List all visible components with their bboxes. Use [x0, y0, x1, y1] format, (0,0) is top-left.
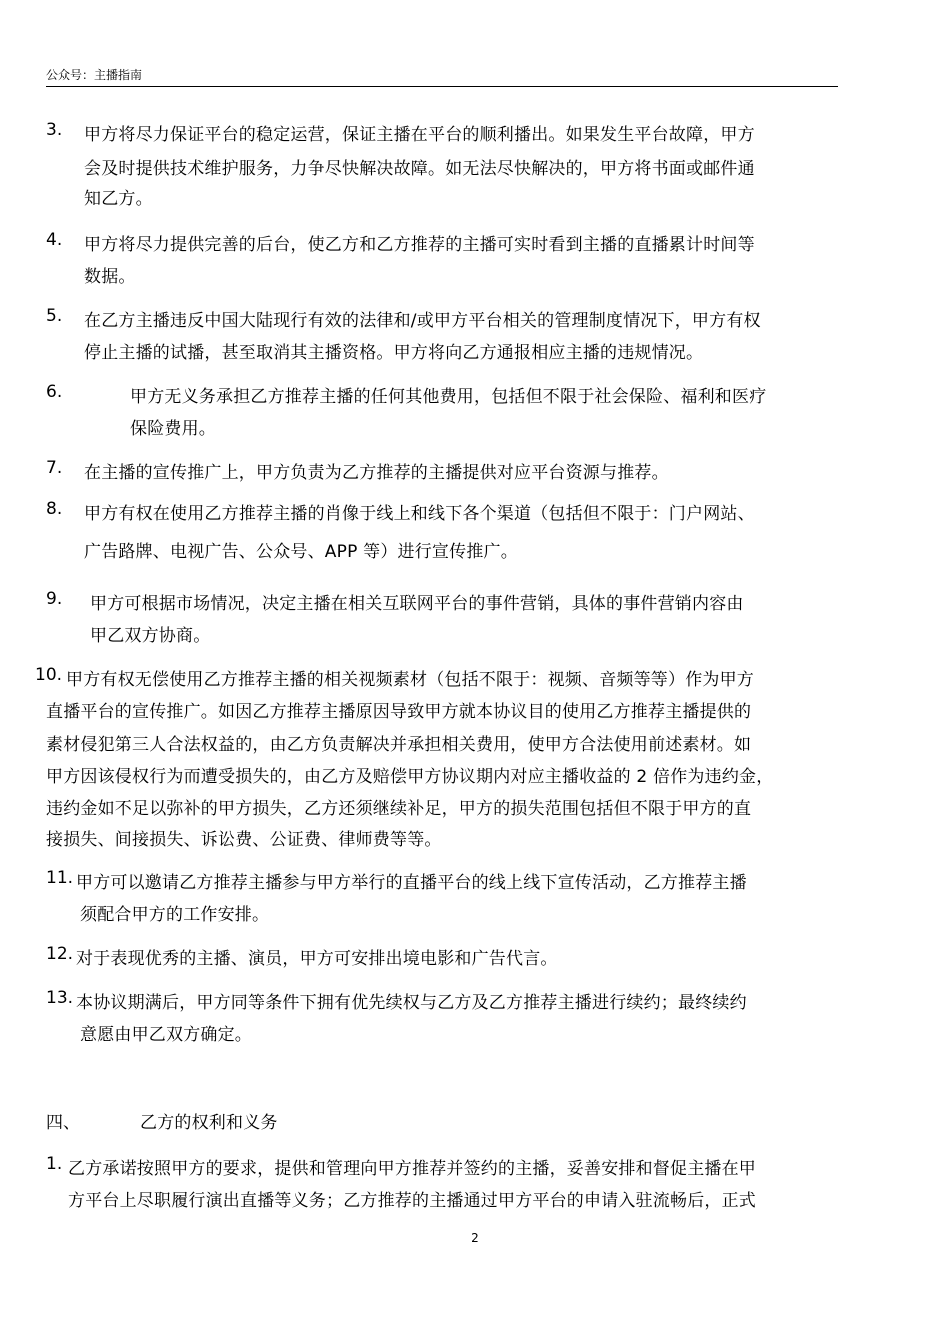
- item-text: 甲方因该侵权行为而遭受损失的，由乙方及赔偿甲方协议期内对应主播收益的 2 倍作为…: [46, 762, 773, 787]
- item-number: 4.: [46, 230, 62, 250]
- page-header: 公众号：主播指南: [46, 66, 838, 87]
- item-text: 甲方将尽力保证平台的稳定运营，保证主播在平台的顺利播出。如果发生平台故障，甲方: [84, 120, 755, 145]
- item-text: 甲方可以邀请乙方推荐主播参与甲方举行的直播平台的线上线下宣传活动，乙方推荐主播: [76, 868, 747, 893]
- item-text: 甲方可根据市场情况，决定主播在相关互联网平台的事件营销，具体的事件营销内容由: [90, 589, 744, 614]
- item-text: 对于表现优秀的主播、演员，甲方可安排出境电影和广告代言。: [76, 944, 558, 969]
- item-number: 6.: [46, 382, 62, 402]
- item-number: 13.: [46, 988, 73, 1008]
- item-text: 会及时提供技术维护服务，力争尽快解决故障。如无法尽快解决的，甲方将书面或邮件通: [84, 154, 755, 179]
- item-text: 接损失、间接损失、诉讼费、公证费、律师费等等。: [46, 825, 442, 850]
- item-number: 8.: [46, 499, 62, 519]
- item-text: 甲乙双方协商。: [90, 621, 210, 646]
- item-number: 12.: [46, 944, 73, 964]
- item-text: 广告路牌、电视广告、公众号、APP 等）进行宣传推广。: [84, 537, 518, 562]
- item-number: 10.: [35, 665, 62, 685]
- item-text: 违约金如不足以弥补的甲方损失，乙方还须继续补足，甲方的损失范围包括但不限于甲方的…: [46, 794, 751, 819]
- item-text: 素材侵犯第三人合法权益的，由乙方负责解决并承担相关费用，使甲方合法使用前述素材。…: [46, 730, 751, 755]
- item-number: 9.: [46, 589, 62, 609]
- item-text: 须配合甲方的工作安排。: [80, 900, 269, 925]
- item-text: 乙方承诺按照甲方的要求，提供和管理向甲方推荐并签约的主播，妥善安排和督促主播在甲: [68, 1154, 756, 1179]
- item-text: 意愿由甲乙双方确定。: [80, 1020, 252, 1045]
- item-text: 甲方有权在使用乙方推荐主播的肖像于线上和线下各个渠道（包括但不限于：门户网站、: [84, 499, 755, 524]
- item-text: 甲方无义务承担乙方推荐主播的任何其他费用，包括但不限于社会保险、福利和医疗: [130, 382, 766, 407]
- item-number: 3.: [46, 120, 62, 140]
- page-number: 2: [0, 1231, 950, 1245]
- section-number: 四、: [46, 1108, 80, 1133]
- item-text: 数据。: [84, 262, 136, 287]
- item-text: 甲方将尽力提供完善的后台，使乙方和乙方推荐的主播可实时看到主播的直播累计时间等: [84, 230, 755, 255]
- item-text: 在主播的宣传推广上，甲方负责为乙方推荐的主播提供对应平台资源与推荐。: [84, 458, 669, 483]
- item-text: 本协议期满后，甲方同等条件下拥有优先续权与乙方及乙方推荐主播进行续约；最终续约: [76, 988, 747, 1013]
- item-text: 直播平台的宣传推广。如因乙方推荐主播原因导致甲方就本协议目的使用乙方推荐主播提供…: [46, 697, 751, 722]
- item-text: 知乙方。: [84, 184, 153, 209]
- item-number: 1.: [46, 1154, 62, 1174]
- item-text: 保险费用。: [130, 414, 216, 439]
- item-number: 5.: [46, 306, 62, 326]
- item-number: 7.: [46, 458, 62, 478]
- section-title: 乙方的权利和义务: [140, 1108, 278, 1133]
- item-number: 11.: [46, 868, 73, 888]
- item-text: 在乙方主播违反中国大陆现行有效的法律和/或甲方平台相关的管理制度情况下，甲方有权: [84, 306, 761, 331]
- item-text: 方平台上尽职履行演出直播等义务；乙方推荐的主播通过甲方平台的申请入驻流畅后，正式: [68, 1186, 756, 1211]
- item-text: 停止主播的试播，甚至取消其主播资格。甲方将向乙方通报相应主播的违规情况。: [84, 338, 703, 363]
- item-text: 甲方有权无偿使用乙方推荐主播的相关视频素材（包括不限于：视频、音频等等）作为甲方: [66, 665, 754, 690]
